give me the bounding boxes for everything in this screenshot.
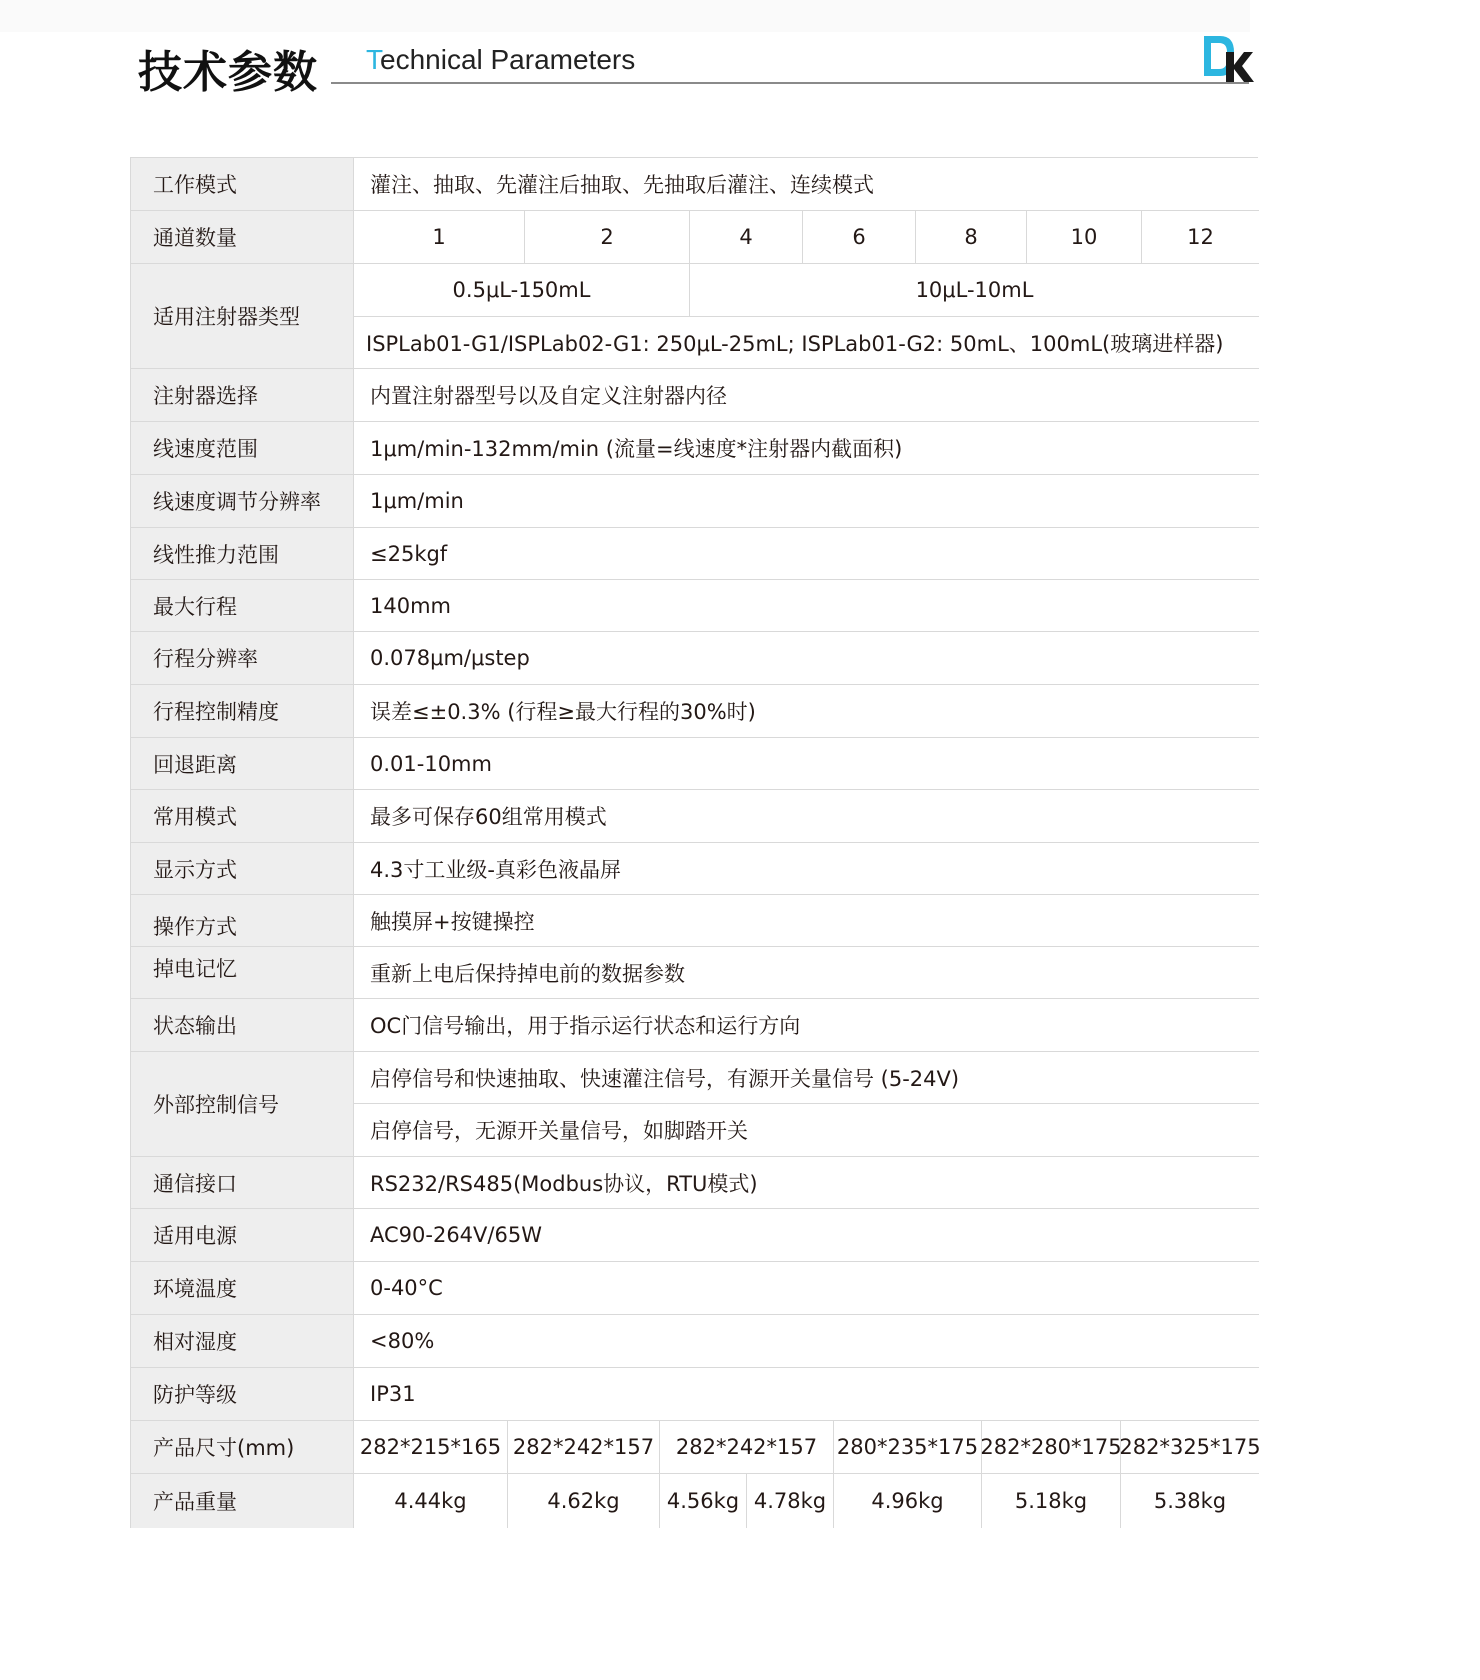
channel-count: 12 xyxy=(1142,211,1259,264)
weight-value: 4.44kg xyxy=(354,1474,508,1528)
label-stroke-accuracy: 行程控制精度 xyxy=(131,685,354,738)
value-comm-interface: RS232/RS485(Modbus协议，RTU模式) xyxy=(354,1157,1259,1209)
spec-table: 工作模式 灌注、抽取、先灌注后抽取、先抽取后灌注、连续模式 通道数量 1 2 4… xyxy=(130,157,1258,1528)
value-power-memory: 重新上电后保持掉电前的数据参数 xyxy=(354,947,1259,999)
label-operation: 操作方式 xyxy=(131,895,354,947)
label-comm-interface: 通信接口 xyxy=(131,1157,354,1209)
title-en-rest: echnical Parameters xyxy=(380,44,635,75)
channel-count: 10 xyxy=(1027,211,1142,264)
channel-count: 1 xyxy=(354,211,525,264)
dimension-value: 282*215*165 xyxy=(354,1421,508,1474)
value-humidity: <80% xyxy=(354,1315,1259,1368)
value-thrust-range: ≤25kgf xyxy=(354,528,1259,580)
label-retract-distance: 回退距离 xyxy=(131,738,354,790)
label-ambient-temp: 环境温度 xyxy=(131,1262,354,1315)
dimension-value: 282*242*157 xyxy=(660,1421,834,1474)
label-common-modes: 常用模式 xyxy=(131,790,354,843)
title-en-accent-letter: T xyxy=(366,44,380,75)
weight-value: 4.78kg xyxy=(747,1474,834,1528)
value-work-mode: 灌注、抽取、先灌注后抽取、先抽取后灌注、连续模式 xyxy=(354,158,1259,211)
value-ambient-temp: 0-40°C xyxy=(354,1262,1259,1315)
weight-value: 4.96kg xyxy=(834,1474,982,1528)
label-protection-grade: 防护等级 xyxy=(131,1368,354,1421)
label-work-mode: 工作模式 xyxy=(131,158,354,211)
value-syringe-select: 内置注射器型号以及自定义注射器内径 xyxy=(354,369,1259,422)
label-display: 显示方式 xyxy=(131,843,354,895)
weight-value: 4.56kg xyxy=(660,1474,747,1528)
value-linear-speed-range: 1μm/min-132mm/min (流量=线速度*注射器内截面积) xyxy=(354,422,1259,475)
label-thrust-range: 线性推力范围 xyxy=(131,528,354,580)
label-syringe-type: 适用注射器类型 xyxy=(131,264,354,369)
dimension-value: 282*242*157 xyxy=(508,1421,660,1474)
channel-count: 6 xyxy=(803,211,916,264)
value-protection-grade: IP31 xyxy=(354,1368,1259,1421)
label-syringe-select: 注射器选择 xyxy=(131,369,354,422)
label-max-stroke: 最大行程 xyxy=(131,580,354,632)
channel-count: 4 xyxy=(690,211,803,264)
channel-count: 8 xyxy=(916,211,1027,264)
label-external-control: 外部控制信号 xyxy=(131,1052,354,1157)
label-speed-resolution: 线速度调节分辨率 xyxy=(131,475,354,528)
value-stroke-resolution: 0.078μm/μstep xyxy=(354,632,1259,685)
weight-value: 4.62kg xyxy=(508,1474,660,1528)
label-linear-speed-range: 线速度范围 xyxy=(131,422,354,475)
label-status-output: 状态输出 xyxy=(131,999,354,1052)
value-external-control-active: 启停信号和快速抽取、快速灌注信号，有源开关量信号 (5-24V) xyxy=(354,1052,1259,1104)
value-max-stroke: 140mm xyxy=(354,580,1259,632)
value-status-output: OC门信号输出，用于指示运行状态和运行方向 xyxy=(354,999,1259,1052)
value-display: 4.3寸工业级-真彩色液晶屏 xyxy=(354,843,1259,895)
label-channels: 通道数量 xyxy=(131,211,354,264)
title-underline xyxy=(331,82,1249,84)
label-humidity: 相对湿度 xyxy=(131,1315,354,1368)
page-title-en: Technical Parameters xyxy=(366,44,635,76)
label-dimensions: 产品尺寸(mm) xyxy=(131,1421,354,1474)
value-common-modes: 最多可保存60组常用模式 xyxy=(354,790,1259,843)
label-weight: 产品重量 xyxy=(131,1474,354,1528)
top-band xyxy=(0,0,1250,32)
channel-count: 2 xyxy=(525,211,690,264)
weight-value: 5.18kg xyxy=(982,1474,1121,1528)
value-operation: 触摸屏+按键操控 xyxy=(354,895,1259,947)
value-external-control-passive: 启停信号，无源开关量信号，如脚踏开关 xyxy=(354,1104,1259,1157)
value-power-supply: AC90-264V/65W xyxy=(354,1209,1259,1262)
value-stroke-accuracy: 误差≤±0.3% (行程≥最大行程的30%时) xyxy=(354,685,1259,738)
syringe-range-b: 10μL-10mL xyxy=(690,264,1259,317)
value-speed-resolution: 1μm/min xyxy=(354,475,1259,528)
syringe-range-a: 0.5μL-150mL xyxy=(354,264,690,317)
dimension-value: 282*325*175 xyxy=(1121,1421,1259,1474)
page-title-cn: 技术参数 xyxy=(138,36,318,100)
label-stroke-resolution: 行程分辨率 xyxy=(131,632,354,685)
syringe-note: ISPLab01-G1/ISPLab02-G1: 250μL-25mL; ISP… xyxy=(354,317,1259,369)
label-power-supply: 适用电源 xyxy=(131,1209,354,1262)
label-power-memory: 掉电记忆 xyxy=(131,947,354,999)
dk-logo-icon xyxy=(1200,34,1254,86)
dimension-value: 280*235*175 xyxy=(834,1421,982,1474)
value-retract-distance: 0.01-10mm xyxy=(354,738,1259,790)
dimension-value: 282*280*175 xyxy=(982,1421,1121,1474)
weight-value: 5.38kg xyxy=(1121,1474,1259,1528)
